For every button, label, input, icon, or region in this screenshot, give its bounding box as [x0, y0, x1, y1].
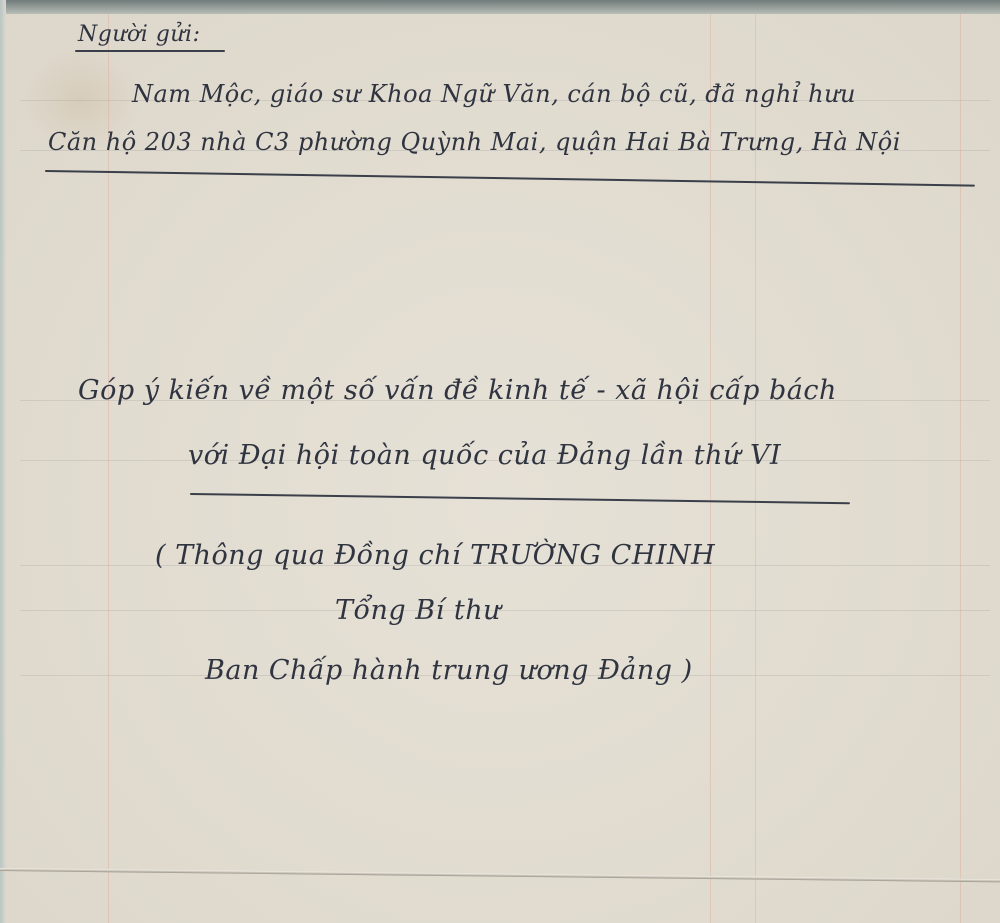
recipient-line-1: ( Thông qua Đồng chí TRƯỜNG CHINH — [155, 540, 715, 571]
paper-fold-crease — [0, 868, 1000, 882]
sender-line-1: Nam Mộc, giáo sư Khoa Ngữ Văn, cán bộ cũ… — [132, 80, 856, 108]
title-line-1: Góp ý kiến về một số vấn đề kinh tế - xã… — [78, 375, 837, 406]
sender-block-underline — [45, 170, 975, 187]
scanner-edge — [0, 0, 1000, 14]
sender-label-underline — [75, 50, 225, 52]
sender-line-2: Căn hộ 203 nhà C3 phường Quỳnh Mai, quận… — [48, 128, 901, 156]
scanner-edge-left — [0, 0, 6, 923]
recipient-line-3: Ban Chấp hành trung ương Đảng ) — [205, 655, 693, 686]
title-underline — [190, 493, 850, 504]
sender-label: Người gửi: — [78, 22, 200, 47]
title-line-2: với Đại hội toàn quốc của Đảng lần thứ V… — [188, 440, 781, 471]
recipient-line-2: Tổng Bí thư — [335, 595, 501, 626]
scanned-document: Người gửi: Nam Mộc, giáo sư Khoa Ngữ Văn… — [0, 0, 1000, 923]
margin-line — [960, 14, 961, 923]
ruled-line — [20, 610, 990, 611]
